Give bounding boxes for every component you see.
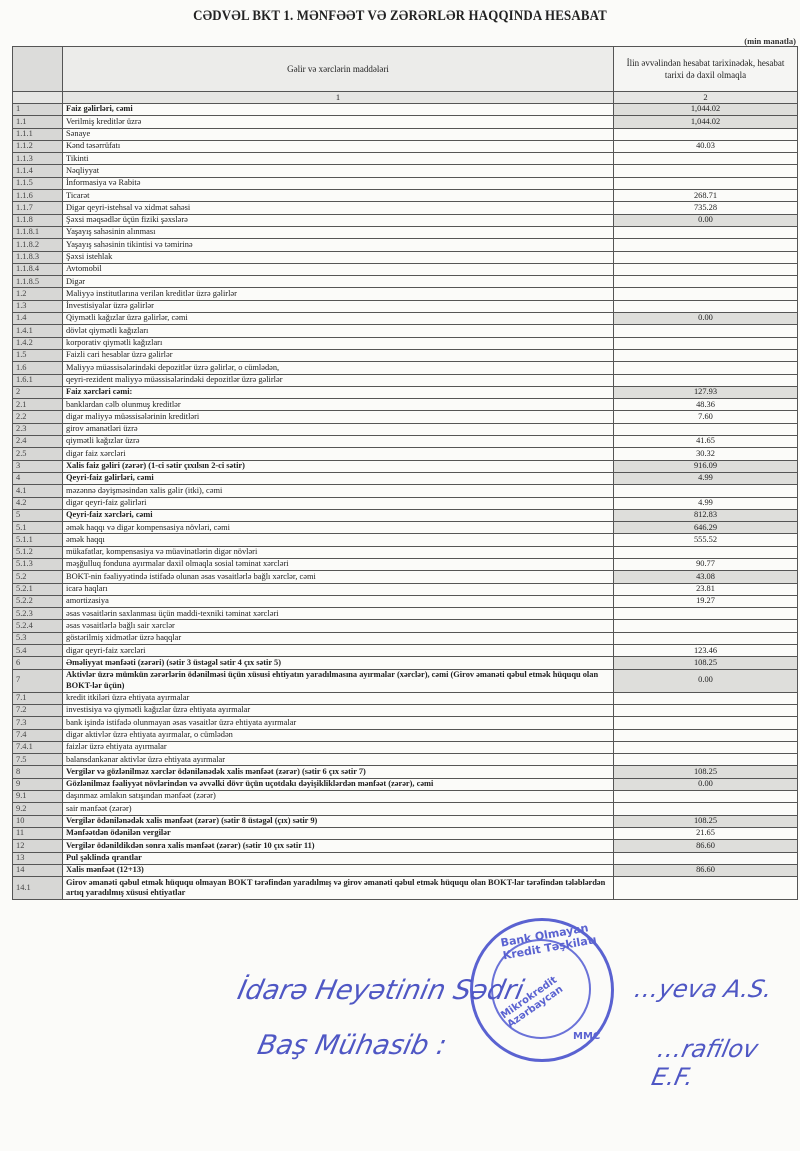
table-row: 8Vergilər və gözlənilməz xərclər ödənilə…	[13, 766, 798, 778]
row-code: 1.6.1	[13, 374, 63, 386]
row-item: Digər	[63, 276, 614, 288]
accountant-signature-name: …rafilov E.F.	[649, 1035, 800, 1091]
row-code: 2.3	[13, 423, 63, 435]
row-value: 4.99	[614, 472, 798, 484]
row-value	[614, 226, 798, 238]
row-item: Vergilər ödənildikdən sonra xalis mənfəə…	[63, 840, 614, 852]
row-value: 916.09	[614, 460, 798, 472]
row-item: Yaşayış sahəsinin tikintisi və təmirinə	[63, 239, 614, 251]
row-code: 8	[13, 766, 63, 778]
row-code: 7.3	[13, 717, 63, 729]
row-code: 2	[13, 386, 63, 398]
row-item: əsas vəsaitlərlə bağlı sair xərclər	[63, 620, 614, 632]
row-item: digər aktivlər üzrə ehtiyata ayırmalar, …	[63, 729, 614, 741]
row-code: 5.1.3	[13, 558, 63, 570]
row-item: Şəxsi istehlak	[63, 251, 614, 263]
row-value	[614, 852, 798, 864]
row-code: 7.2	[13, 704, 63, 716]
table-row: 5Qeyri-faiz xərcləri, cəmi812.83	[13, 509, 798, 521]
row-code: 1.1.2	[13, 140, 63, 152]
row-code: 1.4	[13, 313, 63, 325]
row-value: 0.00	[614, 669, 798, 692]
table-row: 4.1məzənnə dəyişməsindən xalis gəlir (it…	[13, 485, 798, 497]
row-value: 21.65	[614, 827, 798, 839]
table-row: 1.4.2korporativ qiymətli kağızları	[13, 337, 798, 349]
row-item: Vergilər ödənilənədək xalis mənfəət (zər…	[63, 815, 614, 827]
row-item: girov əmanətləri üzrə	[63, 423, 614, 435]
table-row: 4.2digər qeyri-faiz gəlirləri4.99	[13, 497, 798, 509]
table-row: 1.6.1qeyri-rezident maliyyə müəssisələri…	[13, 374, 798, 386]
row-item: əmək haqqı	[63, 534, 614, 546]
row-code: 1.1.8.3	[13, 251, 63, 263]
table-row: 1.1.8.1Yaşayış sahəsinin alınması	[13, 226, 798, 238]
row-item: digər qeyri-faiz xərcləri	[63, 645, 614, 657]
row-item: investisiya və qiymətli kağızlar üzrə eh…	[63, 704, 614, 716]
row-item: banklardan cəlb olunmuş kreditlər	[63, 399, 614, 411]
table-row: 7.1kredit itkiləri üzrə ehtiyata ayırmal…	[13, 692, 798, 704]
row-code: 2.4	[13, 436, 63, 448]
table-row: 11Mənfəətdən ödənilən vergilər21.65	[13, 827, 798, 839]
row-value	[614, 325, 798, 337]
row-item: Pul şəklində qrantlar	[63, 852, 614, 864]
header-num-value: 2	[614, 92, 798, 104]
table-row: 1.2Maliyyə institutlarına verilən kredit…	[13, 288, 798, 300]
table-row: 1.1.8.5Digər	[13, 276, 798, 288]
row-code: 1.1.1	[13, 128, 63, 140]
row-code: 5.4	[13, 645, 63, 657]
row-value: 19.27	[614, 595, 798, 607]
table-row: 5.1.3məşğulluq fonduna ayırmalar daxil o…	[13, 558, 798, 570]
row-item: İnformasiya və Rabitə	[63, 177, 614, 189]
row-code: 7	[13, 669, 63, 692]
row-code: 1.1.6	[13, 190, 63, 202]
row-code: 1.1	[13, 116, 63, 128]
row-code: 5.2.3	[13, 608, 63, 620]
table-row: 2Faiz xərcləri cəmi:127.93	[13, 386, 798, 398]
table-row: 5.2.2amortizasiya19.27	[13, 595, 798, 607]
table-row: 1.1.5İnformasiya və Rabitə	[13, 177, 798, 189]
row-value: 1,044.02	[614, 104, 798, 116]
row-value	[614, 153, 798, 165]
header-num-code	[13, 92, 63, 104]
row-code: 5.2	[13, 571, 63, 583]
row-value: 127.93	[614, 386, 798, 398]
row-code: 1.5	[13, 349, 63, 361]
row-item: Xalis faiz gəliri (zərər) (1-ci sətir çı…	[63, 460, 614, 472]
row-item: Əməliyyat mənfəəti (zərəri) (sətir 3 üst…	[63, 657, 614, 669]
table-row: 1.1.8.2Yaşayış sahəsinin tikintisi və tə…	[13, 239, 798, 251]
row-item: daşınmaz əmlakın satışından mənfəət (zər…	[63, 791, 614, 803]
row-value	[614, 729, 798, 741]
table-body: 1Faiz gəlirləri, cəmi1,044.021.1Verilmiş…	[13, 104, 798, 900]
row-item: Faiz gəlirləri, cəmi	[63, 104, 614, 116]
row-item: qeyri-rezident maliyyə müəssisələrindəki…	[63, 374, 614, 386]
row-item: İnvestisiyalar üzrə gəlirlər	[63, 300, 614, 312]
table-row: 1.1Verilmiş kreditlər üzrə1,044.02	[13, 116, 798, 128]
income-statement-table: Gəlir və xərclərin maddələri İlin əvvəli…	[12, 46, 798, 900]
table-row: 1Faiz gəlirləri, cəmi1,044.02	[13, 104, 798, 116]
row-item: Qeyri-faiz xərcləri, cəmi	[63, 509, 614, 521]
table-row: 1.4.1dövlət qiymətli kağızları	[13, 325, 798, 337]
table-row: 1.1.4Nəqliyyat	[13, 165, 798, 177]
table-row: 9Gözlənilməz fəaliyyət növlərindən və əv…	[13, 778, 798, 790]
row-code: 12	[13, 840, 63, 852]
row-value: 123.46	[614, 645, 798, 657]
table-row: 2.3girov əmanətləri üzrə	[13, 423, 798, 435]
table-row: 3Xalis faiz gəliri (zərər) (1-ci sətir ç…	[13, 460, 798, 472]
row-value: 646.29	[614, 522, 798, 534]
row-code: 1.3	[13, 300, 63, 312]
table-row: 5.1.2mükafatlar, kompensasiya və müavinə…	[13, 546, 798, 558]
row-item: digər faiz xərcləri	[63, 448, 614, 460]
row-code: 9.1	[13, 791, 63, 803]
row-item: kredit itkiləri üzrə ehtiyata ayırmalar	[63, 692, 614, 704]
row-item: Mənfəətdən ödənilən vergilər	[63, 827, 614, 839]
table-row: 1.1.8.4Avtomobil	[13, 263, 798, 275]
row-value	[614, 337, 798, 349]
row-code: 5.1.2	[13, 546, 63, 558]
row-code: 1	[13, 104, 63, 116]
row-value	[614, 632, 798, 644]
row-value: 23.81	[614, 583, 798, 595]
row-item: Nəqliyyat	[63, 165, 614, 177]
table-row: 9.1daşınmaz əmlakın satışından mənfəət (…	[13, 791, 798, 803]
row-code: 2.2	[13, 411, 63, 423]
row-value	[614, 276, 798, 288]
table-row: 1.1.2Kənd təsərrüfatı40.03	[13, 140, 798, 152]
row-value: 812.83	[614, 509, 798, 521]
table-row: 10Vergilər ödənilənədək xalis mənfəət (z…	[13, 815, 798, 827]
table-row: 5.2.1icarə haqları23.81	[13, 583, 798, 595]
row-value	[614, 704, 798, 716]
stamp-text-bottom: MMC	[573, 1031, 600, 1042]
row-code: 14.1	[13, 877, 63, 900]
row-value: 108.25	[614, 815, 798, 827]
table-row: 13Pul şəklində qrantlar	[13, 852, 798, 864]
row-code: 7.5	[13, 754, 63, 766]
row-value	[614, 608, 798, 620]
row-item: göstərilmiş xidmətlər üzrə haqqlar	[63, 632, 614, 644]
row-item: Qeyri-faiz gəlirləri, cəmi	[63, 472, 614, 484]
row-value	[614, 288, 798, 300]
row-item: Şəxsi məqsədlər üçün fiziki şəxslərə	[63, 214, 614, 226]
row-item: dövlət qiymətli kağızları	[63, 325, 614, 337]
row-item: məşğulluq fonduna ayırmalar daxil olmaql…	[63, 558, 614, 570]
row-value: 0.00	[614, 778, 798, 790]
row-item: sair mənfəət (zərər)	[63, 803, 614, 815]
row-item: məzənnə dəyişməsindən xalis gəlir (itki)…	[63, 485, 614, 497]
row-value	[614, 620, 798, 632]
row-code: 4.2	[13, 497, 63, 509]
row-code: 2.5	[13, 448, 63, 460]
accountant-signature-label: Baş Mühasib :	[255, 1030, 450, 1061]
row-value: 0.00	[614, 313, 798, 325]
row-value	[614, 741, 798, 753]
row-value	[614, 791, 798, 803]
row-item: digər qeyri-faiz gəlirləri	[63, 497, 614, 509]
row-item: Sənaye	[63, 128, 614, 140]
row-value	[614, 546, 798, 558]
row-code: 1.1.8.5	[13, 276, 63, 288]
row-value	[614, 803, 798, 815]
row-item: Tikinti	[63, 153, 614, 165]
row-value	[614, 128, 798, 140]
row-value: 268.71	[614, 190, 798, 202]
table-row: 1.6Maliyyə müəssisələrindəki depozitlər …	[13, 362, 798, 374]
row-code: 10	[13, 815, 63, 827]
table-row: 1.1.3Tikinti	[13, 153, 798, 165]
row-value	[614, 349, 798, 361]
row-code: 7.4	[13, 729, 63, 741]
chairman-signature-label: İdarə Heyətinin Sədri	[235, 975, 527, 1006]
row-item: Kənd təsərrüfatı	[63, 140, 614, 152]
header-num-item: 1	[63, 92, 614, 104]
table-row: 5.2.3əsas vəsaitlərin saxlanması üçün ma…	[13, 608, 798, 620]
row-code: 5.2.4	[13, 620, 63, 632]
row-code: 7.4.1	[13, 741, 63, 753]
row-code: 2.1	[13, 399, 63, 411]
row-code: 9.2	[13, 803, 63, 815]
table-row: 5.2BOKT-nin fəaliyyətində istifadə oluna…	[13, 571, 798, 583]
table-row: 2.5digər faiz xərcləri30.32	[13, 448, 798, 460]
table-row: 5.1əmək haqqı və digər kompensasiya növl…	[13, 522, 798, 534]
header-item: Gəlir və xərclərin maddələri	[63, 47, 614, 92]
row-code: 1.2	[13, 288, 63, 300]
row-code: 9	[13, 778, 63, 790]
row-value: 735.28	[614, 202, 798, 214]
table-row: 7Aktivlər üzrə mümkün zərərlərin ödənilm…	[13, 669, 798, 692]
table-row: 12Vergilər ödənildikdən sonra xalis mənf…	[13, 840, 798, 852]
table-row: 2.2digər maliyyə müəssisələrinin kreditl…	[13, 411, 798, 423]
row-item: Faiz xərcləri cəmi:	[63, 386, 614, 398]
row-code: 1.1.7	[13, 202, 63, 214]
row-code: 5	[13, 509, 63, 521]
row-value: 30.32	[614, 448, 798, 460]
row-code: 7.1	[13, 692, 63, 704]
report-title: CƏDVƏL BKT 1. MƏNFƏƏT VƏ ZƏRƏRLƏR HAQQIN…	[56, 8, 744, 25]
row-code: 1.1.4	[13, 165, 63, 177]
table-row: 1.5Faizli cari hesablar üzrə gəlirlər	[13, 349, 798, 361]
row-item: əmək haqqı və digər kompensasiya növləri…	[63, 522, 614, 534]
row-value	[614, 251, 798, 263]
row-value: 7.60	[614, 411, 798, 423]
row-item: qiymətli kağızlar üzrə	[63, 436, 614, 448]
row-item: icarə haqları	[63, 583, 614, 595]
row-value	[614, 717, 798, 729]
row-item: digər maliyyə müəssisələrinin kreditləri	[63, 411, 614, 423]
row-value	[614, 374, 798, 386]
table-row: 7.5balansdankənar aktivlər üzrə ehtiyata…	[13, 754, 798, 766]
unit-label: (min manatla)	[744, 36, 796, 46]
table-row: 7.2investisiya və qiymətli kağızlar üzrə…	[13, 704, 798, 716]
row-item: Xalis mənfəət (12+13)	[63, 864, 614, 876]
table-row: 1.1.8.3Şəxsi istehlak	[13, 251, 798, 263]
row-item: Avtomobil	[63, 263, 614, 275]
row-value: 90.77	[614, 558, 798, 570]
row-code: 1.1.3	[13, 153, 63, 165]
row-item: korporativ qiymətli kağızları	[63, 337, 614, 349]
row-item: Qiymətli kağızlar üzrə gəlirlər, cəmi	[63, 313, 614, 325]
row-item: amortizasiya	[63, 595, 614, 607]
table-row: 1.1.8Şəxsi məqsədlər üçün fiziki şəxslər…	[13, 214, 798, 226]
row-code: 13	[13, 852, 63, 864]
table-row: 5.3göstərilmiş xidmətlər üzrə haqqlar	[13, 632, 798, 644]
table-row: 2.1banklardan cəlb olunmuş kreditlər48.3…	[13, 399, 798, 411]
header-code-cell	[13, 47, 63, 92]
row-item: balansdankənar aktivlər üzrə ehtiyata ay…	[63, 754, 614, 766]
row-code: 1.4.2	[13, 337, 63, 349]
table-row: 14Xalis mənfəət (12+13)86.60	[13, 864, 798, 876]
chairman-signature-name: …yeva A.S.	[632, 975, 775, 1003]
row-code: 5.1.1	[13, 534, 63, 546]
row-item: Gözlənilməz fəaliyyət növlərindən və əvv…	[63, 778, 614, 790]
table-row: 7.3bank işində istifadə olunmayan əsas v…	[13, 717, 798, 729]
row-item: Ticarət	[63, 190, 614, 202]
row-value: 555.52	[614, 534, 798, 546]
row-value	[614, 877, 798, 900]
row-code: 5.1	[13, 522, 63, 534]
row-item: əsas vəsaitlərin saxlanması üçün maddi-t…	[63, 608, 614, 620]
table-row: 1.1.6Ticarət268.71	[13, 190, 798, 202]
row-code: 4	[13, 472, 63, 484]
table-row: 5.1.1əmək haqqı555.52	[13, 534, 798, 546]
table-row: 6Əməliyyat mənfəəti (zərəri) (sətir 3 üs…	[13, 657, 798, 669]
row-value	[614, 485, 798, 497]
row-code: 1.1.8.4	[13, 263, 63, 275]
table-row: 5.4digər qeyri-faiz xərcləri123.46	[13, 645, 798, 657]
row-value: 1,044.02	[614, 116, 798, 128]
row-value: 86.60	[614, 864, 798, 876]
row-code: 5.3	[13, 632, 63, 644]
row-item: Verilmiş kreditlər üzrə	[63, 116, 614, 128]
row-code: 6	[13, 657, 63, 669]
row-item: bank işində istifadə olunmayan əsas vəsa…	[63, 717, 614, 729]
row-item: Aktivlər üzrə mümkün zərərlərin ödənilmə…	[63, 669, 614, 692]
table-row: 2.4qiymətli kağızlar üzrə41.65	[13, 436, 798, 448]
row-item: BOKT-nin fəaliyyətində istifadə olunan ə…	[63, 571, 614, 583]
row-value: 41.65	[614, 436, 798, 448]
row-item: faizlər üzrə ehtiyata ayırmalar	[63, 741, 614, 753]
row-item: Maliyyə institutlarına verilən kreditlər…	[63, 288, 614, 300]
row-item: Yaşayış sahəsinin alınması	[63, 226, 614, 238]
table-row: 1.3İnvestisiyalar üzrə gəlirlər	[13, 300, 798, 312]
row-value	[614, 423, 798, 435]
row-value: 4.99	[614, 497, 798, 509]
row-code: 14	[13, 864, 63, 876]
table-row: 1.1.7Digər qeyri-istehsal və xidmət sahə…	[13, 202, 798, 214]
row-value	[614, 263, 798, 275]
row-code: 1.1.5	[13, 177, 63, 189]
row-item: Faizli cari hesablar üzrə gəlirlər	[63, 349, 614, 361]
row-value	[614, 239, 798, 251]
row-code: 5.2.2	[13, 595, 63, 607]
row-value	[614, 362, 798, 374]
header-value: İlin əvvəlindən hesabat tarixinədək, hes…	[614, 47, 798, 92]
row-value	[614, 300, 798, 312]
table-row: 1.4Qiymətli kağızlar üzrə gəlirlər, cəmi…	[13, 313, 798, 325]
table-row: 7.4digər aktivlər üzrə ehtiyata ayırmala…	[13, 729, 798, 741]
table-row: 5.2.4əsas vəsaitlərlə bağlı sair xərclər	[13, 620, 798, 632]
row-code: 1.1.8.2	[13, 239, 63, 251]
row-item: Maliyyə müəssisələrindəki depozitlər üzr…	[63, 362, 614, 374]
row-value	[614, 754, 798, 766]
table-row: 4Qeyri-faiz gəlirləri, cəmi4.99	[13, 472, 798, 484]
row-value	[614, 177, 798, 189]
row-value: 108.25	[614, 657, 798, 669]
row-code: 4.1	[13, 485, 63, 497]
row-value	[614, 692, 798, 704]
row-code: 3	[13, 460, 63, 472]
row-value: 0.00	[614, 214, 798, 226]
row-value: 48.36	[614, 399, 798, 411]
row-value: 86.60	[614, 840, 798, 852]
table-row: 1.1.1Sənaye	[13, 128, 798, 140]
row-code: 1.1.8.1	[13, 226, 63, 238]
table-row: 7.4.1faizlər üzrə ehtiyata ayırmalar	[13, 741, 798, 753]
row-code: 1.1.8	[13, 214, 63, 226]
row-item: Digər qeyri-istehsal və xidmət sahəsi	[63, 202, 614, 214]
row-item: Girov əmanəti qəbul etmək hüququ olmayan…	[63, 877, 614, 900]
row-value: 40.03	[614, 140, 798, 152]
row-item: mükafatlar, kompensasiya və müavinətləri…	[63, 546, 614, 558]
row-code: 1.4.1	[13, 325, 63, 337]
table-row: 9.2sair mənfəət (zərər)	[13, 803, 798, 815]
row-code: 5.2.1	[13, 583, 63, 595]
row-code: 11	[13, 827, 63, 839]
row-item: Vergilər və gözlənilməz xərclər ödənilən…	[63, 766, 614, 778]
row-value: 43.08	[614, 571, 798, 583]
row-value: 108.25	[614, 766, 798, 778]
table-row: 14.1Girov əmanəti qəbul etmək hüququ olm…	[13, 877, 798, 900]
row-value	[614, 165, 798, 177]
row-code: 1.6	[13, 362, 63, 374]
